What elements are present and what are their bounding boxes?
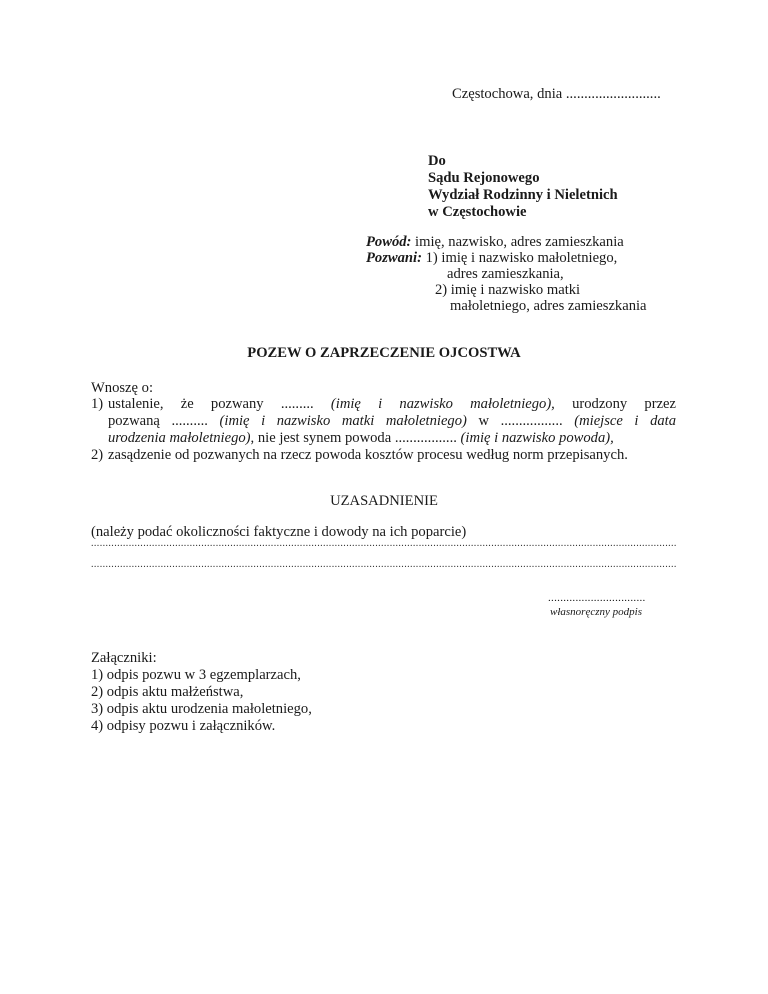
attachments-heading: Załączniki:	[91, 650, 157, 668]
plaintiff-text: imię, nazwisko, adres zamieszkania	[411, 234, 623, 250]
attachment-item-4: 4) odpisy pozwu i załączników.	[91, 718, 275, 736]
justification-dotted-line-2: ........................................…	[91, 556, 676, 574]
attachment-item-1: 1) odpis pozwu w 3 egzemplarzach,	[91, 667, 301, 685]
document-title: POZEW O ZAPRZECZENIE OJCOSTWA	[0, 345, 768, 363]
claim-1-number: 1)	[91, 396, 103, 414]
signature-label: własnoręczny podpis	[550, 604, 642, 622]
addressee-line-3: Wydział Rodzinny i Nieletnich	[428, 187, 618, 205]
claim-1-line-3: urodzenia małoletniego), nie jest synem …	[108, 430, 614, 448]
attachment-item-2: 2) odpis aktu małżeństwa,	[91, 684, 243, 702]
claim-1-line-2: pozwaną .......... (imię i nazwisko matk…	[108, 413, 676, 431]
plaintiff-line: Powód: imię, nazwisko, adres zamieszkani…	[366, 234, 624, 252]
addressee-line-1: Do	[428, 153, 446, 171]
place-date: Częstochowa, dnia ......................…	[452, 86, 661, 104]
defendants-line: Pozwani: 1) imię i nazwisko małoletniego…	[366, 250, 617, 268]
claims-intro: Wnoszę o:	[91, 380, 153, 398]
defendant-2-line-2: małoletniego, adres zamieszkania	[450, 298, 647, 316]
attachment-item-3: 3) odpis aktu urodzenia małoletniego,	[91, 701, 312, 719]
addressee-line-2: Sądu Rejonowego	[428, 170, 540, 188]
defendant-1-line-2: adres zamieszkania,	[447, 266, 564, 284]
claim-1-line-1: ustalenie, że pozwany ......... (imię i …	[108, 396, 676, 414]
claim-2-number: 2)	[91, 447, 103, 465]
defendant-2-line-1: 2) imię i nazwisko matki	[435, 282, 580, 300]
defendants-label: Pozwani:	[366, 250, 422, 266]
plaintiff-label: Powód:	[366, 234, 411, 250]
justification-dotted-line-1: ........................................…	[91, 535, 676, 553]
addressee-line-4: w Częstochowie	[428, 204, 526, 222]
justification-heading: UZASADNIENIE	[0, 493, 768, 511]
defendant-1-line-1: 1) imię i nazwisko małoletniego,	[422, 250, 617, 266]
claim-2-text: zasądzenie od pozwanych na rzecz powoda …	[108, 447, 628, 465]
